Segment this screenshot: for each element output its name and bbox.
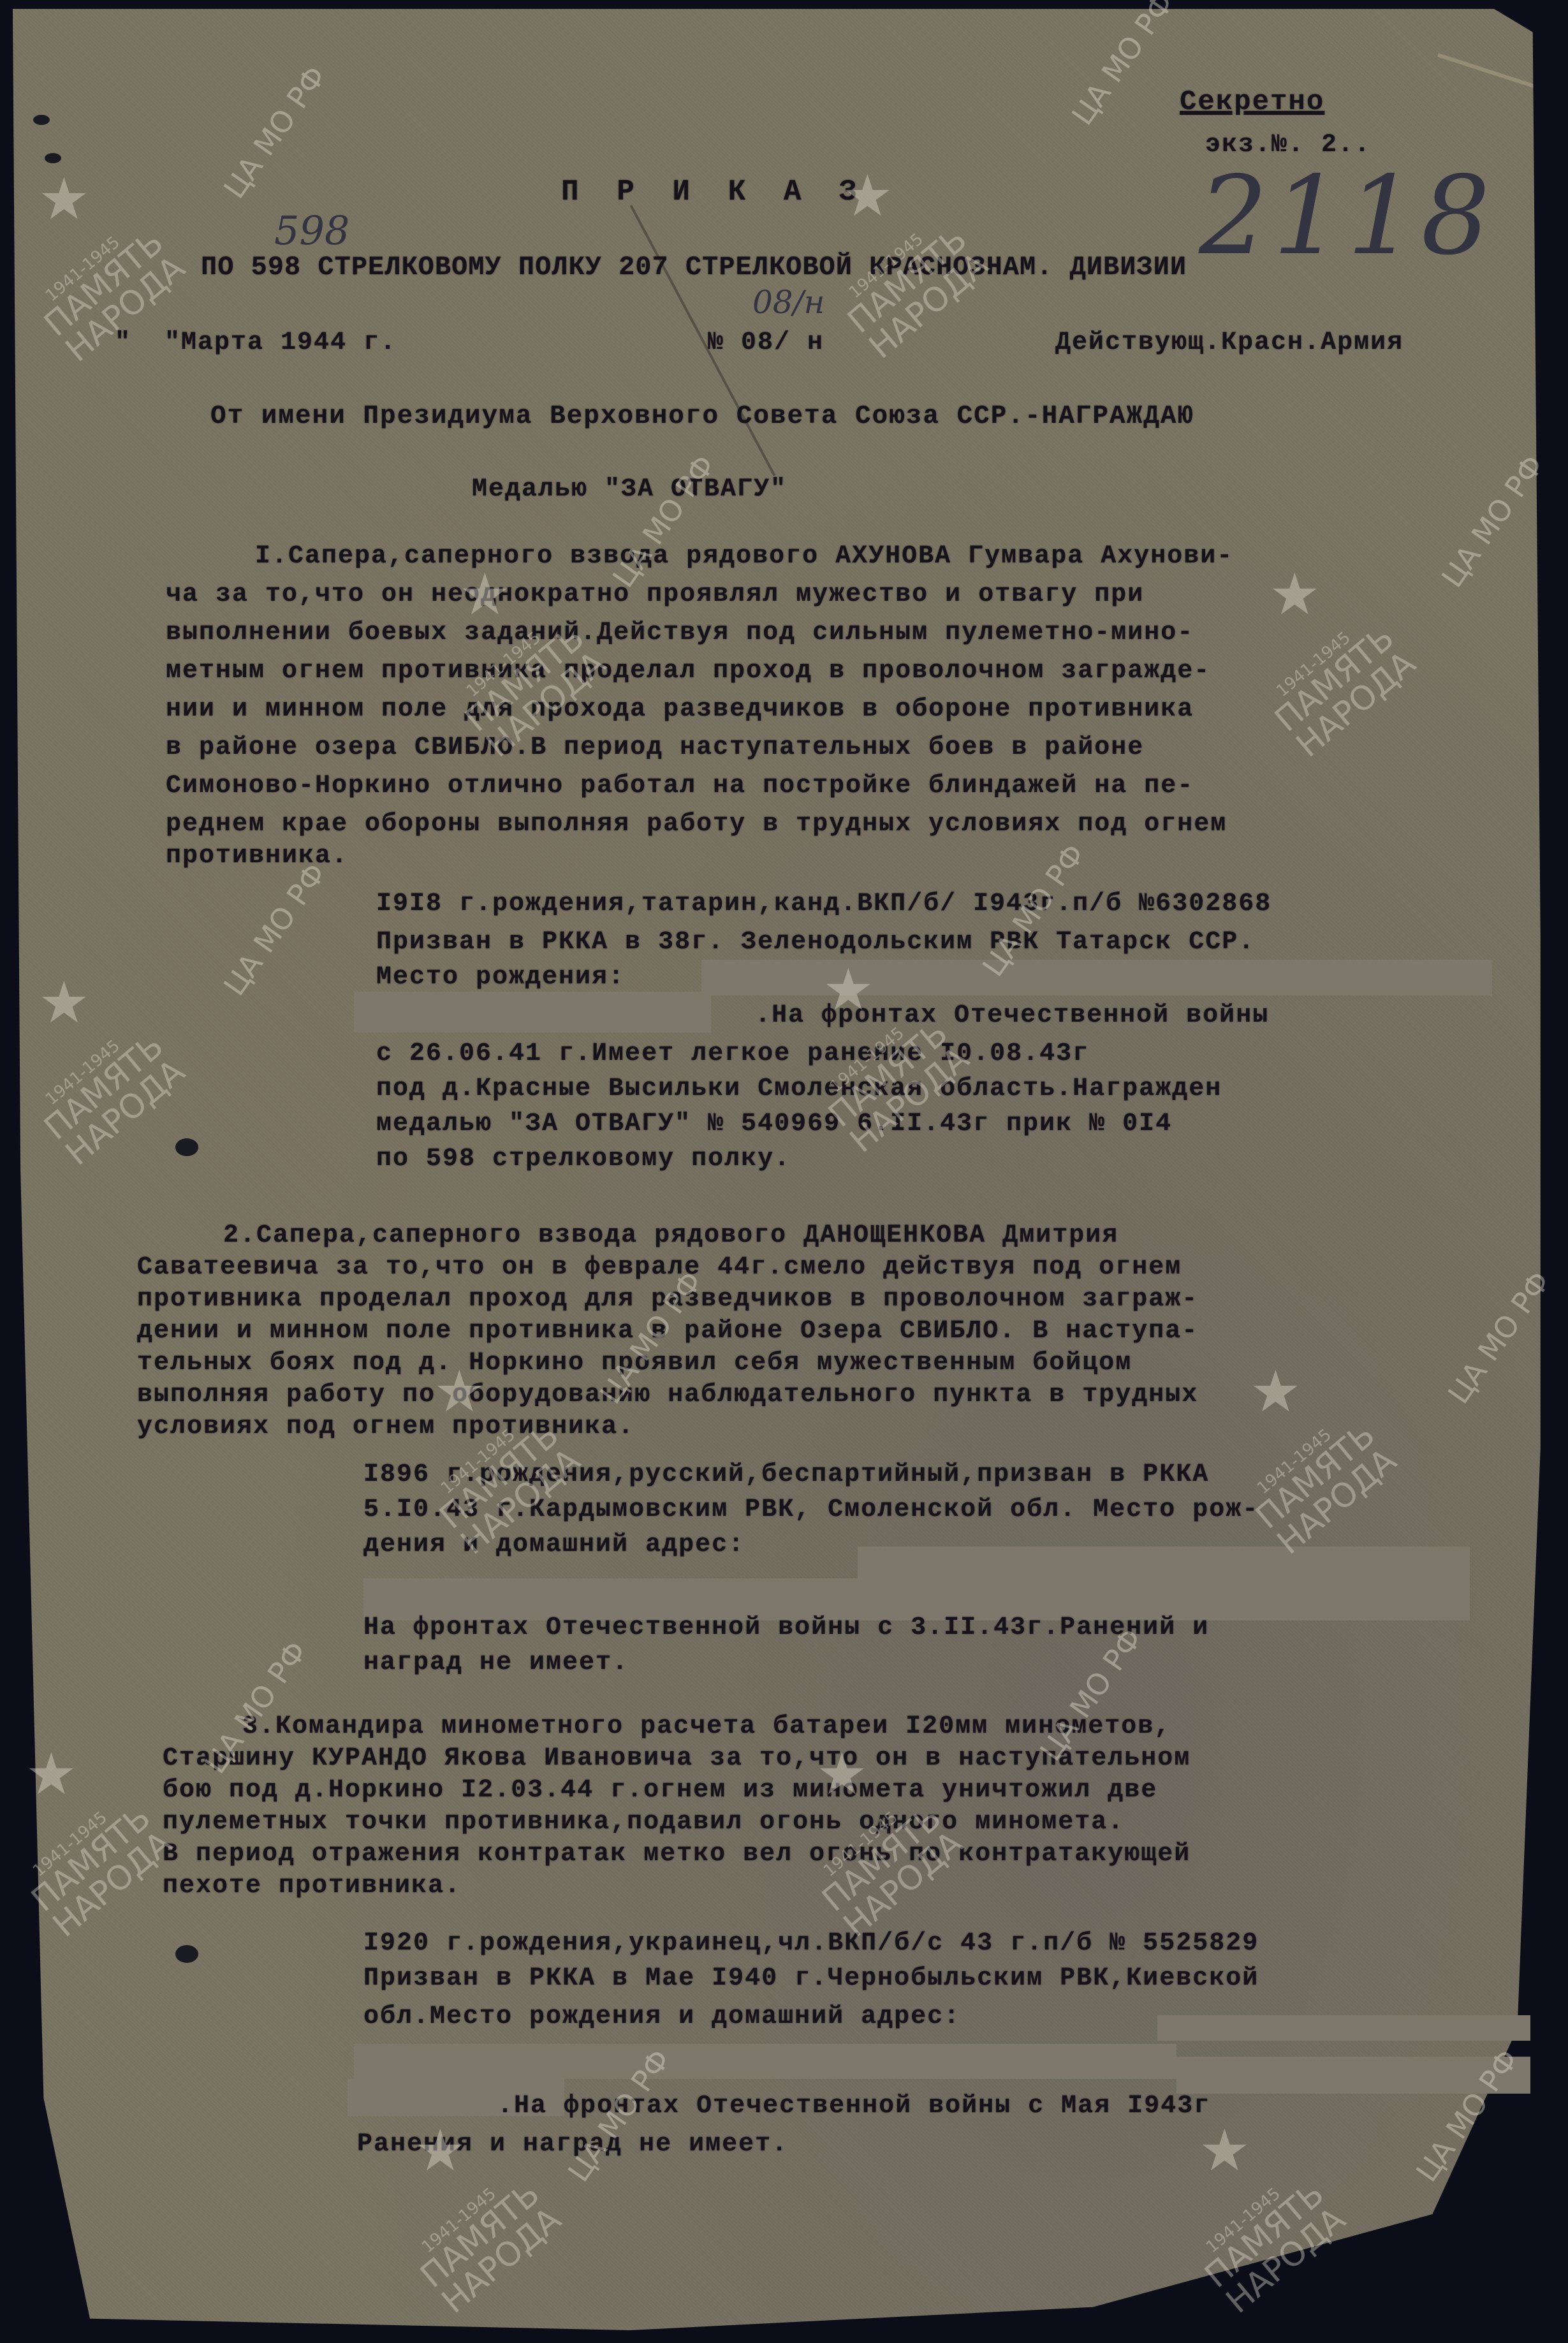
entry-detail-line: по 598 стрелковому полку. xyxy=(376,1145,791,1173)
punch-hole xyxy=(33,115,50,125)
entry-detail-line: дения и домашний адрес: xyxy=(363,1531,745,1559)
entry-detail-line: наград не имеет. xyxy=(363,1649,629,1677)
entry-detail-line: с 26.06.41 г.Имеет легкое ранение I0.08.… xyxy=(376,1039,1089,1068)
star-icon: ★ xyxy=(823,957,874,1024)
document-subtitle: ПО 598 СТРЕЛКОВОМУ ПОЛКУ 207 СТРЕЛКОВОЙ … xyxy=(201,252,1187,283)
star-icon: ★ xyxy=(842,163,893,230)
entry-detail-line: I920 г.рождения,украинец,чл.ВКП/б/с 43 г… xyxy=(363,1929,1259,1958)
star-icon: ★ xyxy=(38,969,90,1036)
entry-detail-line: Призван в РККА в Мае I940 г.Чернобыльски… xyxy=(363,1964,1259,1993)
star-icon: ★ xyxy=(26,1741,77,1808)
entry-body-line: Симоново-Норкино отлично работал на пост… xyxy=(166,772,1194,800)
entry-body-line: выполнении боевых заданий.Действуя под с… xyxy=(166,619,1194,647)
entry-detail-line: под д.Красные Высильки Смоленская област… xyxy=(376,1075,1222,1103)
star-icon: ★ xyxy=(1269,561,1321,628)
entry-detail-line: Место рождения: xyxy=(376,963,625,992)
entry-body-line: противника проделал проход для разведчик… xyxy=(137,1285,1198,1314)
handwritten-registry-number: 2118 xyxy=(1199,153,1495,279)
star-icon: ★ xyxy=(816,1741,868,1808)
star-icon: ★ xyxy=(459,561,511,628)
redacted-address xyxy=(858,1546,1470,1582)
entry-detail-line: На фронтах Отечественной войны с 3.II.43… xyxy=(363,1613,1209,1642)
medal-heading: Медалью "ЗА ОТВАГУ" xyxy=(472,475,787,504)
punch-hole xyxy=(175,1138,198,1156)
entry-body-line: противника. xyxy=(166,842,348,870)
punch-hole xyxy=(175,1945,198,1963)
star-icon: ★ xyxy=(1250,1358,1301,1425)
preamble: От имени Президиума Верховного Совета Со… xyxy=(210,402,1194,431)
entry-detail-line: обл.Место рождения и домашний адрес: xyxy=(363,2002,960,2031)
order-number: № 08/ н xyxy=(708,328,824,357)
entry-body-line: ча за то,что он неоднократно проявлял му… xyxy=(166,580,1144,609)
entry-body-line: I.Сапера,саперного взвода рядового АХУНО… xyxy=(255,542,1233,571)
redacted-address xyxy=(1157,2015,1530,2041)
star-icon: ★ xyxy=(38,166,90,233)
entry-detail-line: медалью "ЗА ОТВАГУ" № 540969 6.II.43г пр… xyxy=(376,1110,1172,1138)
entry-body-line: 2.Сапера,саперного взвода рядового ДАНОЩ… xyxy=(223,1221,1118,1250)
entry-body-line: Старшину КУРАНДО Якова Ивановича за то,ч… xyxy=(163,1744,1191,1773)
order-date: " "Марта 1944 г. xyxy=(115,328,397,357)
redacted-address xyxy=(1176,2057,1530,2094)
entry-body-line: Саватеевича за то,что он в феврале 44г.с… xyxy=(137,1253,1182,1282)
redacted-address xyxy=(354,2044,1176,2079)
entry-body-line: пулеметных точки противника,подавил огон… xyxy=(163,1808,1124,1837)
entry-body-line: 3.Командира минометного расчета батареи … xyxy=(242,1712,1171,1741)
entry-detail-line: I9I8 г.рождения,татарин,канд.ВКП/б/ I943… xyxy=(376,890,1271,918)
handwritten-regiment-number: 598 xyxy=(274,207,349,254)
entry-detail-line: Призван в РККА в 38г. Зеленодольским РВК… xyxy=(376,928,1255,957)
entry-body-line: реднем крае обороны выполняя работу в тр… xyxy=(166,810,1227,839)
entry-body-line: в районе озера СВИБЛО.В период наступате… xyxy=(166,733,1144,762)
classification-stamp: Секретно xyxy=(1180,86,1324,118)
punch-hole xyxy=(45,153,61,163)
entry-body-line: метным огнем противника проделал проход … xyxy=(166,657,1210,686)
entry-body-line: дении и минном поле противника в районе … xyxy=(137,1317,1198,1346)
star-icon: ★ xyxy=(1199,2117,1250,2184)
order-location: Действующ.Красн.Армия xyxy=(1055,328,1403,357)
star-icon: ★ xyxy=(414,2117,466,2184)
entry-body-line: В период отражения контратак метко вел о… xyxy=(163,1840,1191,1869)
document-title: П Р И К А З xyxy=(561,175,867,209)
entry-body-line: пехоте противника. xyxy=(163,1872,461,1900)
redacted-birthplace xyxy=(701,960,1492,995)
fold-crease xyxy=(1437,53,1560,96)
entry-detail-line: .На фронтах Отечественной войны с Мая I9… xyxy=(332,2092,1210,2120)
entry-body-line: условиях под огнем противника. xyxy=(137,1413,634,1441)
entry-body-line: бою под д.Норкино I2.03.44 г.огнем из ми… xyxy=(163,1776,1157,1805)
entry-body-line: выполняя работу по оборудованию наблюдат… xyxy=(137,1381,1198,1409)
handwritten-order-number: 08/н xyxy=(752,284,824,321)
entry-body-line: нии и минном поле для прохода разведчико… xyxy=(166,695,1194,724)
entry-body-line: тельных боях под д. Норкино проявил себя… xyxy=(137,1349,1132,1377)
star-icon: ★ xyxy=(434,1358,485,1425)
